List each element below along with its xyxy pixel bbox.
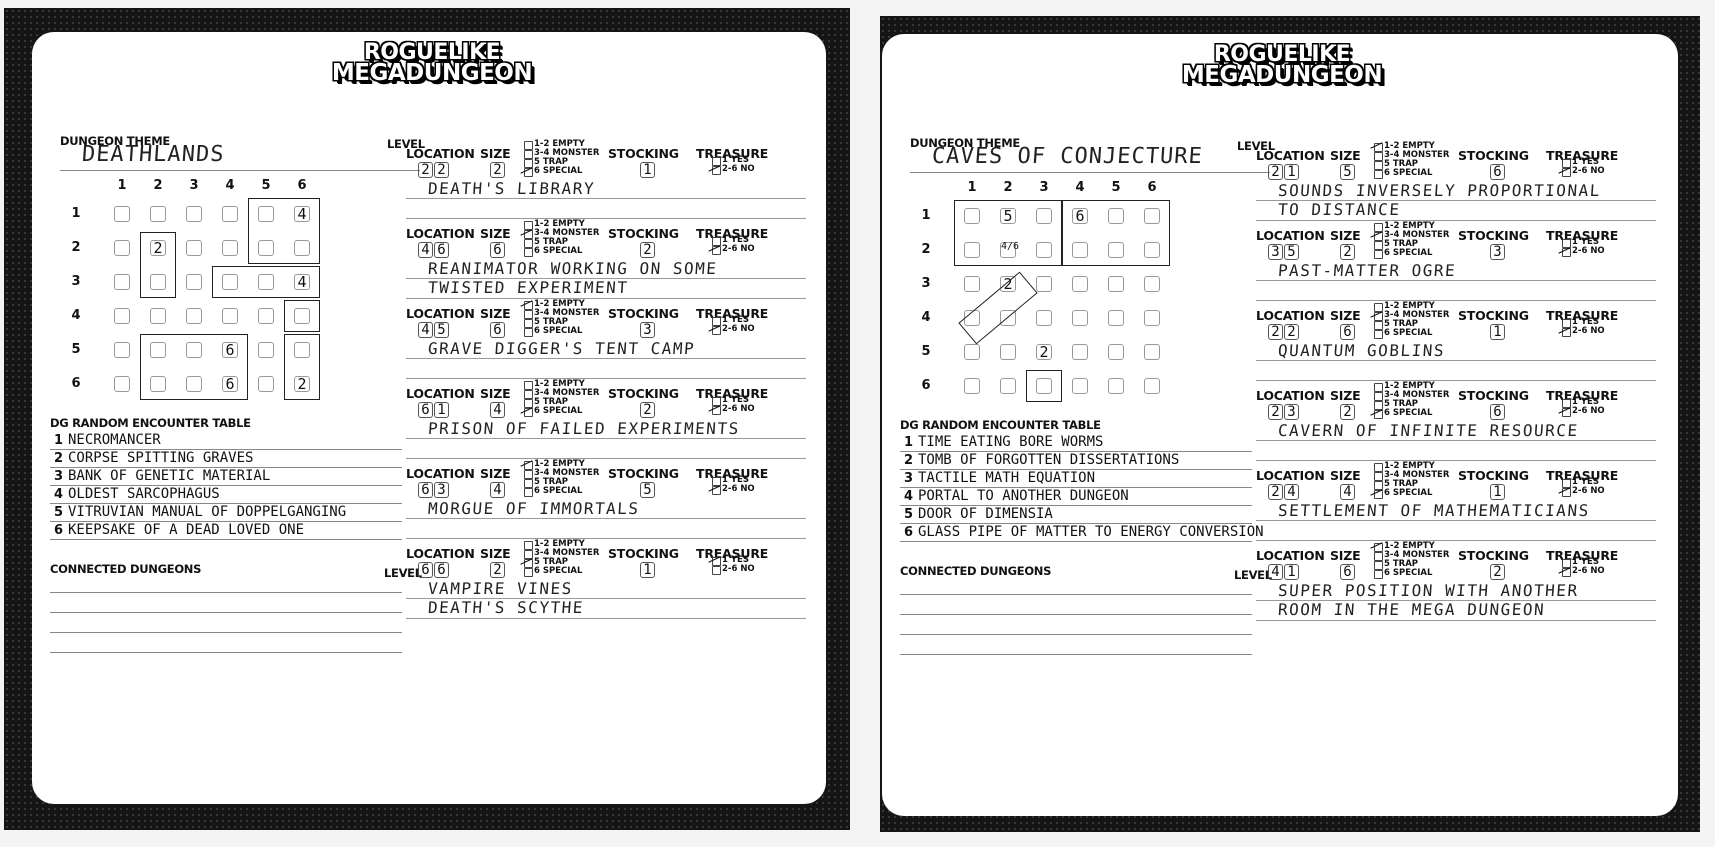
location-label: LOCATION: [1256, 468, 1325, 483]
location-name[interactable]: DEATH'S LIBRARY: [427, 179, 595, 198]
stocking-box[interactable]: 1: [640, 162, 655, 178]
encounter-table-label: DG RANDOM ENCOUNTER TABLE: [900, 418, 1101, 432]
location-name[interactable]: PAST-MATTER OGRE: [1277, 261, 1456, 280]
size-label: SIZE: [480, 306, 510, 321]
stocking-label: STOCKING: [1458, 308, 1529, 323]
encounter-row[interactable]: 4OLDEST SARCOPHAGUS: [54, 486, 220, 502]
map-grid-cell[interactable]: [1072, 310, 1088, 326]
map-grid-cell[interactable]: [114, 342, 130, 358]
map-grid-cell[interactable]: [1072, 378, 1088, 394]
location-name[interactable]: PRISON OF FAILED EXPERIMENTS: [427, 419, 740, 438]
encounter-number: 4: [904, 489, 918, 504]
room-outline: [954, 200, 1062, 266]
encounter-table-label: DG RANDOM ENCOUNTER TABLE: [50, 416, 251, 430]
location-name[interactable]: QUANTUM GOBLINS: [1277, 341, 1445, 360]
map-grid-cell[interactable]: [114, 206, 130, 222]
size-label: SIZE: [1330, 468, 1360, 483]
location-label: LOCATION: [406, 306, 475, 321]
dungeon-theme-value[interactable]: CAVES OF CONJECTURE: [931, 144, 1203, 169]
location-name-line-2[interactable]: TWISTED EXPERIMENT: [427, 278, 629, 297]
location-name[interactable]: CAVERN OF INFINITE RESOURCE: [1277, 421, 1579, 440]
encounter-number: 3: [904, 471, 918, 486]
treasure-options: 1 YES2-6 NO: [1562, 318, 1605, 336]
location-row-box[interactable]: 2: [1268, 404, 1283, 420]
treasure-option-checkbox[interactable]: 2-6 NO: [1562, 567, 1605, 576]
map-grid-cell[interactable]: [1000, 344, 1016, 360]
dungeon-sheet-right: ROGUELIKEMEGADUNGEONDUNGEON THEMELEVELCA…: [882, 34, 1678, 816]
stocking-box[interactable]: 3: [640, 322, 655, 338]
encounter-number: 5: [904, 507, 918, 522]
size-box[interactable]: 2: [490, 162, 505, 178]
location-name[interactable]: VAMPIRE VINES: [427, 579, 573, 598]
encounter-text: OLDEST SARCOPHAGUS: [68, 486, 220, 502]
connected-dungeon-line[interactable]: [900, 654, 1252, 655]
connected-dungeon-line[interactable]: [50, 592, 402, 593]
connected-dungeon-line[interactable]: [50, 632, 402, 633]
location-entry: LOCATIONSIZESTOCKINGTREASURE1-2 EMPTY3-4…: [406, 226, 806, 310]
grid-col-header: 1: [962, 180, 982, 195]
connected-dungeon-line[interactable]: [50, 612, 402, 613]
location-col-box[interactable]: 6: [434, 562, 449, 578]
map-grid-cell[interactable]: [964, 344, 980, 360]
treasure-option-checkbox[interactable]: 2-6 NO: [1562, 167, 1605, 176]
location-entry: LOCATIONSIZESTOCKINGTREASURE1-2 EMPTY3-4…: [406, 386, 806, 470]
room-outline: [1026, 370, 1062, 402]
location-row-box[interactable]: 2: [1268, 324, 1283, 340]
location-rule: [406, 218, 806, 219]
encounter-text: CORPSE SPITTING GRAVES: [68, 450, 253, 466]
location-rule: [1256, 200, 1656, 201]
grid-row-header: 3: [66, 274, 86, 289]
location-label: LOCATION: [1256, 228, 1325, 243]
title-line-2: MEGADUNGEON: [322, 63, 542, 84]
treasure-option-checkbox[interactable]: 2-6 NO: [712, 165, 755, 174]
location-col-box[interactable]: 2: [434, 162, 449, 178]
map-grid-cell[interactable]: [964, 378, 980, 394]
map-grid-cell[interactable]: [1144, 378, 1160, 394]
location-col-box[interactable]: 4: [1284, 484, 1299, 500]
map-grid-cell[interactable]: [114, 240, 130, 256]
treasure-option-checkbox[interactable]: 2-6 NO: [1562, 247, 1605, 256]
stocking-label: STOCKING: [1458, 388, 1529, 403]
stocking-option-checkbox[interactable]: 6 SPECIAL: [524, 327, 599, 336]
encounter-number: 2: [54, 451, 68, 466]
treasure-option-checkbox[interactable]: 2-6 NO: [712, 245, 755, 254]
map-grid-cell[interactable]: [1144, 310, 1160, 326]
treasure-option-checkbox[interactable]: 2-6 NO: [712, 405, 755, 414]
stocking-options: 1-2 EMPTY3-4 MONSTER5 TRAP6 SPECIAL: [524, 460, 599, 496]
location-entry: LOCATIONSIZESTOCKINGTREASURE1-2 EMPTY3-4…: [1256, 228, 1656, 312]
encounter-rule: [900, 541, 1252, 542]
location-rule: [406, 358, 806, 359]
location-entry: LOCATIONSIZESTOCKINGTREASURE1-2 EMPTY3-4…: [1256, 148, 1656, 232]
stocking-box[interactable]: 6: [1490, 404, 1505, 420]
stocking-label: STOCKING: [608, 546, 679, 561]
grid-row-header: 4: [916, 310, 936, 325]
map-grid-cell[interactable]: [258, 376, 274, 392]
location-entry: LOCATIONSIZESTOCKINGTREASURE1-2 EMPTY3-4…: [406, 306, 806, 390]
encounter-text: DOOR OF DIMENSIA: [918, 506, 1053, 522]
stocking-label: STOCKING: [608, 146, 679, 161]
stocking-box[interactable]: 6: [1490, 164, 1505, 180]
stocking-options: 1-2 EMPTY3-4 MONSTER5 TRAP6 SPECIAL: [1374, 142, 1449, 178]
encounter-number: 4: [54, 487, 68, 502]
grid-row-header: 2: [916, 242, 936, 257]
treasure-option-checkbox[interactable]: 2-6 NO: [1562, 407, 1605, 416]
encounter-row[interactable]: 2TOMB OF FORGOTTEN DISSERTATIONS: [904, 452, 1179, 468]
encounter-row[interactable]: 6KEEPSAKE OF A DEAD LOVED ONE: [54, 522, 304, 538]
location-entry: LOCATIONSIZESTOCKINGTREASURE1-2 EMPTY3-4…: [406, 546, 806, 630]
location-col-box[interactable]: 6: [434, 242, 449, 258]
location-rule: [1256, 440, 1656, 441]
map-grid-cell[interactable]: [150, 206, 166, 222]
grid-row-header: 5: [916, 344, 936, 359]
location-rule: [406, 618, 806, 619]
encounter-row[interactable]: 5VITRUVIAN MANUAL OF DOPPELGANGING: [54, 504, 346, 520]
stocking-option-checkbox[interactable]: 6 SPECIAL: [1374, 489, 1449, 498]
stocking-box[interactable]: 3: [1490, 244, 1505, 260]
encounter-row[interactable]: 1NECROMANCER: [54, 432, 161, 448]
location-col-box[interactable]: 1: [1284, 564, 1299, 580]
location-row-box[interactable]: 6: [418, 402, 433, 418]
location-label: LOCATION: [406, 226, 475, 241]
stocking-label: STOCKING: [608, 226, 679, 241]
size-box[interactable]: 4: [1340, 484, 1355, 500]
location-label: LOCATION: [1256, 548, 1325, 563]
location-label: LOCATION: [406, 546, 475, 561]
map-grid-cell[interactable]: [114, 274, 130, 290]
size-box[interactable]: 5: [1340, 164, 1355, 180]
stocking-box[interactable]: 2: [1490, 564, 1505, 580]
connected-dungeon-line[interactable]: [900, 634, 1252, 635]
encounter-number: 1: [54, 433, 68, 448]
encounter-text: NECROMANCER: [68, 432, 161, 448]
stocking-options: 1-2 EMPTY3-4 MONSTER5 TRAP6 SPECIAL: [1374, 542, 1449, 578]
location-row-box[interactable]: 3: [1268, 244, 1283, 260]
encounter-number: 1: [904, 435, 918, 450]
encounter-text: TOMB OF FORGOTTEN DISSERTATIONS: [918, 452, 1179, 468]
encounter-row[interactable]: 1TIME EATING BORE WORMS: [904, 434, 1103, 450]
encounter-text: BANK OF GENETIC MATERIAL: [68, 468, 270, 484]
room-outline: [1062, 200, 1170, 266]
location-rule: [1256, 300, 1656, 301]
stocking-box[interactable]: 2: [640, 402, 655, 418]
location-rule: [1256, 520, 1656, 521]
room-outline: [140, 232, 176, 298]
encounter-row[interactable]: 6GLASS PIPE OF MATTER TO ENERGY CONVERSI…: [904, 524, 1264, 540]
stocking-option-checkbox[interactable]: 6 SPECIAL: [1374, 569, 1449, 578]
encounter-number: 3: [54, 469, 68, 484]
treasure-option-checkbox[interactable]: 2-6 NO: [712, 565, 755, 574]
map-grid-cell[interactable]: [186, 240, 202, 256]
location-rule: [1256, 600, 1656, 601]
map-grid-cell[interactable]: 2: [1036, 344, 1052, 360]
location-label: LOCATION: [1256, 148, 1325, 163]
map-grid-cell[interactable]: [1108, 378, 1124, 394]
location-label: LOCATION: [1256, 388, 1325, 403]
encounter-row[interactable]: 5DOOR OF DIMENSIA: [904, 506, 1053, 522]
connected-dungeons-label: CONNECTED DUNGEONS: [900, 564, 1051, 578]
encounter-row[interactable]: 3BANK OF GENETIC MATERIAL: [54, 468, 270, 484]
location-row-box[interactable]: 4: [418, 242, 433, 258]
treasure-options: 1 YES2-6 NO: [712, 316, 755, 334]
map-grid-cell[interactable]: [258, 308, 274, 324]
stocking-options: 1-2 EMPTY3-4 MONSTER5 TRAP6 SPECIAL: [524, 220, 599, 256]
treasure-options: 1 YES2-6 NO: [712, 396, 755, 414]
location-rule: [406, 538, 806, 539]
stocking-option-checkbox[interactable]: 6 SPECIAL: [524, 487, 599, 496]
size-box[interactable]: 4: [490, 402, 505, 418]
encounter-text: VITRUVIAN MANUAL OF DOPPELGANGING: [68, 504, 346, 520]
treasure-options: 1 YES2-6 NO: [1562, 478, 1605, 496]
treasure-options: 1 YES2-6 NO: [712, 156, 755, 174]
stocking-option-checkbox[interactable]: 6 SPECIAL: [524, 567, 599, 576]
stocking-option-checkbox[interactable]: 6 SPECIAL: [524, 167, 599, 176]
size-box[interactable]: 6: [490, 242, 505, 258]
map-grid-cell[interactable]: [186, 206, 202, 222]
location-rule: [1256, 620, 1656, 621]
treasure-options: 1 YES2-6 NO: [712, 476, 755, 494]
stocking-options: 1-2 EMPTY3-4 MONSTER5 TRAP6 SPECIAL: [1374, 382, 1449, 418]
stocking-box[interactable]: 5: [640, 482, 655, 498]
theme-underline: [910, 172, 1270, 173]
stocking-box[interactable]: 1: [640, 562, 655, 578]
size-label: SIZE: [1330, 148, 1360, 163]
sheet-title: ROGUELIKEMEGADUNGEON: [1172, 44, 1392, 86]
connected-dungeons-label: CONNECTED DUNGEONS: [50, 562, 201, 576]
location-entry: LOCATIONSIZESTOCKINGTREASURE1-2 EMPTY3-4…: [1256, 468, 1656, 552]
stocking-option-checkbox[interactable]: 6 SPECIAL: [1374, 409, 1449, 418]
stocking-label: STOCKING: [608, 466, 679, 481]
location-label: LOCATION: [406, 386, 475, 401]
grid-row-header: 6: [66, 376, 86, 391]
grid-row-header: 5: [66, 342, 86, 357]
size-label: SIZE: [480, 386, 510, 401]
map-grid-cell[interactable]: [186, 274, 202, 290]
encounter-row[interactable]: 3TACTILE MATH EQUATION: [904, 470, 1095, 486]
room-outline: [248, 198, 320, 264]
location-row-box[interactable]: 6: [418, 482, 433, 498]
location-row-box[interactable]: 6: [418, 562, 433, 578]
stocking-option-checkbox[interactable]: 6 SPECIAL: [1374, 329, 1449, 338]
grid-col-header: 5: [256, 178, 276, 193]
stocking-label: STOCKING: [1458, 148, 1529, 163]
map-grid-cell[interactable]: [222, 308, 238, 324]
location-col-box[interactable]: 5: [434, 322, 449, 338]
location-name[interactable]: GRAVE DIGGER'S TENT CAMP: [427, 339, 696, 358]
map-grid-cell[interactable]: [1108, 344, 1124, 360]
stocking-label: STOCKING: [1458, 548, 1529, 563]
location-entry: LOCATIONSIZESTOCKINGTREASURE1-2 EMPTY3-4…: [406, 146, 806, 230]
stocking-box[interactable]: 2: [640, 242, 655, 258]
map-grid-cell[interactable]: [1072, 344, 1088, 360]
room-outline: [212, 266, 320, 298]
size-label: SIZE: [480, 466, 510, 481]
map-grid-cell[interactable]: [1108, 310, 1124, 326]
location-rule: [406, 518, 806, 519]
location-name-line-2[interactable]: ROOM IN THE MEGA DUNGEON: [1277, 600, 1546, 619]
size-label: SIZE: [480, 146, 510, 161]
location-col-box[interactable]: 1: [434, 402, 449, 418]
map-grid-cell[interactable]: [222, 206, 238, 222]
location-name[interactable]: MORGUE OF IMMORTALS: [427, 499, 640, 518]
location-col-box[interactable]: 2: [1284, 324, 1299, 340]
treasure-options: 1 YES2-6 NO: [1562, 558, 1605, 576]
map-grid-cell[interactable]: [1144, 276, 1160, 292]
map-grid-cell[interactable]: [1000, 378, 1016, 394]
location-name-line-2[interactable]: DEATH'S SCYTHE: [427, 598, 584, 617]
theme-underline: [60, 170, 420, 171]
encounter-number: 6: [904, 525, 918, 540]
size-box[interactable]: 6: [490, 322, 505, 338]
grid-col-header: 1: [112, 178, 132, 193]
map-grid-cell[interactable]: [1036, 310, 1052, 326]
location-row-box[interactable]: 4: [418, 322, 433, 338]
size-label: SIZE: [480, 226, 510, 241]
map-grid-cell[interactable]: [1108, 276, 1124, 292]
size-box[interactable]: 2: [1340, 404, 1355, 420]
stocking-label: STOCKING: [608, 306, 679, 321]
stocking-box[interactable]: 1: [1490, 324, 1505, 340]
location-rule: [1256, 460, 1656, 461]
encounter-text: TACTILE MATH EQUATION: [918, 470, 1095, 486]
grid-row-header: 2: [66, 240, 86, 255]
treasure-option-checkbox[interactable]: 2-6 NO: [712, 325, 755, 334]
encounter-row[interactable]: 4PORTAL TO ANOTHER DUNGEON: [904, 488, 1129, 504]
grid-col-header: 4: [1070, 180, 1090, 195]
size-label: SIZE: [1330, 228, 1360, 243]
size-label: SIZE: [1330, 548, 1360, 563]
map-grid-cell[interactable]: [258, 342, 274, 358]
room-outline: [284, 300, 320, 332]
location-rule: [406, 198, 806, 199]
location-rule: [1256, 540, 1656, 541]
map-grid-cell[interactable]: [186, 308, 202, 324]
map-grid-cell[interactable]: [114, 308, 130, 324]
location-row-box[interactable]: 2: [1268, 164, 1283, 180]
treasure-option-checkbox[interactable]: 2-6 NO: [1562, 327, 1605, 336]
grid-col-header: 4: [220, 178, 240, 193]
size-label: SIZE: [1330, 308, 1360, 323]
title-line-2: MEGADUNGEON: [1172, 65, 1392, 86]
stocking-label: STOCKING: [608, 386, 679, 401]
size-label: SIZE: [1330, 388, 1360, 403]
grid-col-header: 5: [1106, 180, 1126, 195]
size-box[interactable]: 6: [1340, 324, 1355, 340]
encounter-number: 6: [54, 523, 68, 538]
stocking-option-checkbox[interactable]: 6 SPECIAL: [1374, 169, 1449, 178]
size-box[interactable]: 2: [490, 562, 505, 578]
grid-row-header: 4: [66, 308, 86, 323]
location-row-box[interactable]: 4: [1268, 564, 1283, 580]
stocking-option-checkbox[interactable]: 6 SPECIAL: [524, 407, 599, 416]
location-rule: [406, 278, 806, 279]
grid-row-header: 1: [66, 206, 86, 221]
stocking-options: 1-2 EMPTY3-4 MONSTER5 TRAP6 SPECIAL: [524, 380, 599, 416]
location-entry: LOCATIONSIZESTOCKINGTREASURE1-2 EMPTY3-4…: [1256, 388, 1656, 472]
map-grid-cell[interactable]: [1072, 276, 1088, 292]
location-rule: [406, 458, 806, 459]
connected-dungeon-line[interactable]: [900, 614, 1252, 615]
stocking-options: 1-2 EMPTY3-4 MONSTER5 TRAP6 SPECIAL: [1374, 222, 1449, 258]
location-entry: LOCATIONSIZESTOCKINGTREASURE1-2 EMPTY3-4…: [406, 466, 806, 550]
grid-col-header: 3: [184, 178, 204, 193]
encounter-text: TIME EATING BORE WORMS: [918, 434, 1103, 450]
stocking-option-checkbox[interactable]: 6 SPECIAL: [524, 247, 599, 256]
sheet-title: ROGUELIKEMEGADUNGEON: [322, 42, 542, 84]
location-rule: [1256, 380, 1656, 381]
grid-row-header: 3: [916, 276, 936, 291]
location-col-box[interactable]: 1: [1284, 164, 1299, 180]
size-box[interactable]: 2: [1340, 244, 1355, 260]
location-rule: [406, 438, 806, 439]
dungeon-sheet-left: ROGUELIKEMEGADUNGEONDUNGEON THEMELEVELDE…: [32, 32, 826, 804]
location-name[interactable]: REANIMATOR WORKING ON SOME: [427, 259, 718, 278]
connected-dungeon-line[interactable]: [900, 594, 1252, 595]
location-name[interactable]: SETTLEMENT OF MATHEMATICIANS: [1277, 501, 1590, 520]
size-box[interactable]: 6: [1340, 564, 1355, 580]
stocking-options: 1-2 EMPTY3-4 MONSTER5 TRAP6 SPECIAL: [524, 140, 599, 176]
room-outline: [140, 334, 248, 400]
size-box[interactable]: 4: [490, 482, 505, 498]
encounter-text: KEEPSAKE OF A DEAD LOVED ONE: [68, 522, 304, 538]
dungeon-theme-value[interactable]: DEATHLANDS: [81, 142, 225, 167]
treasure-options: 1 YES2-6 NO: [1562, 238, 1605, 256]
location-label: LOCATION: [406, 466, 475, 481]
location-row-box[interactable]: 2: [418, 162, 433, 178]
location-name-line-2[interactable]: TO DISTANCE: [1277, 200, 1401, 219]
stocking-box[interactable]: 1: [1490, 484, 1505, 500]
treasure-options: 1 YES2-6 NO: [712, 236, 755, 254]
map-grid-cell[interactable]: [150, 308, 166, 324]
location-rule: [1256, 360, 1656, 361]
location-col-box[interactable]: 5: [1284, 244, 1299, 260]
map-grid-cell[interactable]: [222, 240, 238, 256]
location-label: LOCATION: [406, 146, 475, 161]
encounter-row[interactable]: 2CORPSE SPITTING GRAVES: [54, 450, 253, 466]
stocking-options: 1-2 EMPTY3-4 MONSTER5 TRAP6 SPECIAL: [524, 540, 599, 576]
map-grid-cell[interactable]: [114, 376, 130, 392]
location-col-box[interactable]: 3: [434, 482, 449, 498]
treasure-option-checkbox[interactable]: 2-6 NO: [712, 485, 755, 494]
connected-dungeon-line[interactable]: [50, 652, 402, 653]
grid-col-header: 2: [148, 178, 168, 193]
grid-row-header: 6: [916, 378, 936, 393]
grid-col-header: 6: [292, 178, 312, 193]
treasure-options: 1 YES2-6 NO: [1562, 158, 1605, 176]
treasure-options: 1 YES2-6 NO: [1562, 398, 1605, 416]
location-col-box[interactable]: 3: [1284, 404, 1299, 420]
location-name[interactable]: SOUNDS INVERSELY PROPORTIONAL: [1277, 181, 1601, 200]
grid-col-header: 6: [1142, 180, 1162, 195]
encounter-rule: [50, 539, 402, 540]
location-entry: LOCATIONSIZESTOCKINGTREASURE1-2 EMPTY3-4…: [1256, 548, 1656, 632]
location-rule: [406, 598, 806, 599]
encounter-text: PORTAL TO ANOTHER DUNGEON: [918, 488, 1129, 504]
location-row-box[interactable]: 2: [1268, 484, 1283, 500]
map-grid-cell[interactable]: [1036, 276, 1052, 292]
map-grid-cell[interactable]: [964, 276, 980, 292]
treasure-option-checkbox[interactable]: 2-6 NO: [1562, 487, 1605, 496]
location-entry: LOCATIONSIZESTOCKINGTREASURE1-2 EMPTY3-4…: [1256, 308, 1656, 392]
location-name[interactable]: SUPER POSITION WITH ANOTHER: [1277, 581, 1579, 600]
stocking-option-checkbox[interactable]: 6 SPECIAL: [1374, 249, 1449, 258]
encounter-number: 2: [904, 453, 918, 468]
location-rule: [1256, 280, 1656, 281]
size-label: SIZE: [480, 546, 510, 561]
stocking-options: 1-2 EMPTY3-4 MONSTER5 TRAP6 SPECIAL: [1374, 462, 1449, 498]
map-grid-cell[interactable]: [1144, 344, 1160, 360]
